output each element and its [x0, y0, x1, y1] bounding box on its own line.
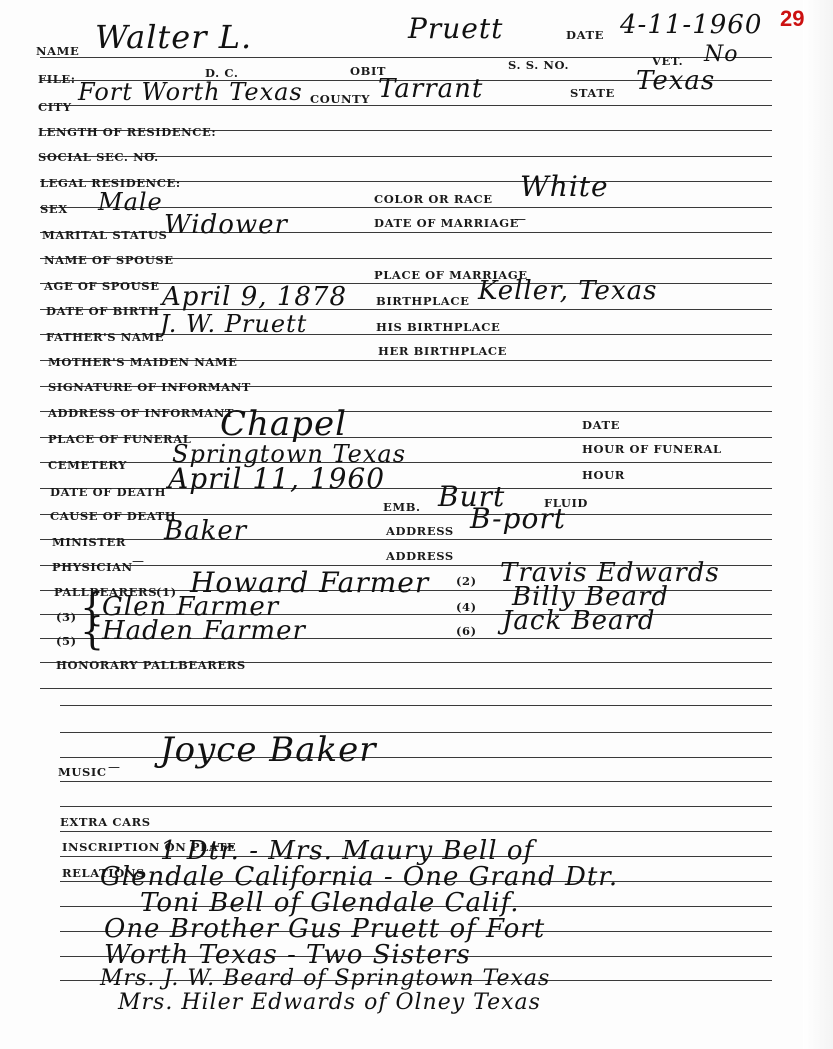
birthplace-value: Keller, Texas [478, 276, 657, 306]
physician-address-label: ADDRESS [386, 549, 454, 563]
county-label: COUNTY [310, 92, 370, 106]
date-of-marriage-value: — [514, 212, 526, 226]
physician-value: — [132, 554, 144, 568]
marital-status-label: MARITAL STATUS [42, 228, 167, 242]
signature-of-informant-label: SIGNATURE OF INFORMANT [48, 380, 251, 394]
minister-label: MINISTER [52, 535, 126, 549]
date-value: 4-11-1960 [620, 10, 762, 40]
minister-address-label: ADDRESS [386, 524, 454, 538]
pallbearer-4-number: (4) [456, 600, 477, 614]
cemetery-label: CEMETERY [48, 458, 127, 472]
address-of-informant-label: ADDRESS OF INFORMANT [48, 406, 234, 420]
pallbearer-5-value: Haden Farmer [102, 616, 306, 646]
social-sec-no-value: — [144, 146, 156, 160]
minister-address-value: B-port [470, 502, 566, 535]
music-dash: — [108, 760, 120, 774]
pallbearer-6-number: (6) [456, 624, 477, 638]
pallbearer-5-number: (5) [56, 634, 77, 648]
fathers-name-value: J. W. Pruett [160, 310, 307, 338]
minister-value: Baker [164, 516, 247, 546]
date-of-birth-label: DATE OF BIRTH [46, 304, 159, 318]
sex-label: SEX [40, 202, 68, 216]
mothers-maiden-name-label: MOTHER'S MAIDEN NAME [48, 355, 238, 369]
city-value: Fort Worth Texas [78, 78, 303, 106]
date-label: DATE [566, 28, 604, 42]
extra-cars-label: EXTRA CARS [60, 815, 151, 829]
hour-of-funeral-label: HOUR OF FUNERAL [582, 442, 722, 456]
first-name-value: Walter L. [95, 18, 252, 56]
his-birthplace-label: HIS BIRTHPLACE [376, 320, 500, 334]
state-value: Texas [636, 66, 715, 96]
date-of-marriage-label: DATE OF MARRIAGE [374, 216, 519, 230]
rule-line [60, 831, 772, 832]
relations-line-6: Mrs. J. W. Beard of Springtown Texas [100, 966, 550, 991]
brace-mark: { [80, 612, 104, 650]
place-of-funeral-label: PLACE OF FUNERAL [48, 432, 191, 446]
emb-label: EMB. [383, 500, 421, 514]
physician-label: PHYSICIAN [52, 560, 133, 574]
rule-line [40, 539, 772, 540]
funeral-record-card: 29 NAME Walter L. Pruett DATE 4-11-1960 … [0, 0, 833, 1049]
rule-line [40, 688, 772, 689]
state-label: STATE [570, 86, 615, 100]
funeral-date-label: DATE [582, 418, 620, 432]
county-value: Tarrant [378, 74, 483, 104]
her-birthplace-label: HER BIRTHPLACE [378, 344, 507, 358]
sex-value: Male [98, 188, 163, 216]
fathers-name-label: FATHER'S NAME [46, 330, 164, 344]
age-of-spouse-label: AGE OF SPOUSE [44, 279, 160, 293]
length-of-residence-label: LENGTH OF RESIDENCE: [38, 125, 216, 139]
rule-line [60, 806, 772, 807]
name-of-spouse-label: NAME OF SPOUSE [44, 253, 174, 267]
color-or-race-label: COLOR OR RACE [374, 192, 493, 206]
relations-line-7: Mrs. Hiler Edwards of Olney Texas [118, 990, 541, 1015]
birthplace-label: BIRTHPLACE [376, 294, 469, 308]
page-number: 29 [780, 6, 804, 32]
pallbearer-6-value: Jack Beard [502, 606, 656, 636]
name-label: NAME [36, 44, 79, 58]
pallbearer-2-number: (2) [456, 574, 477, 588]
last-name-value: Pruett [408, 12, 503, 45]
vet-value: No [704, 42, 739, 67]
date-of-death-label: DATE OF DEATH [50, 485, 166, 499]
music-label: MUSIC [58, 765, 107, 779]
date-of-birth-value: April 9, 1878 [162, 282, 347, 312]
pallbearer-3-number: (3) [56, 610, 77, 624]
rule-line [60, 781, 772, 782]
music-value: Joyce Baker [160, 730, 377, 770]
cause-of-death-label: CAUSE OF DEATH [50, 509, 176, 523]
marital-status-value: Widower [164, 210, 288, 240]
color-or-race-value: White [520, 170, 609, 203]
ss-no-label: S. S. NO. [508, 58, 569, 72]
rule-line [60, 705, 772, 706]
social-sec-no-label: SOCIAL SEC. NO. [38, 150, 159, 164]
hour-label: HOUR [582, 468, 625, 482]
page-edge-shadow [803, 0, 833, 1049]
city-label: CITY [38, 100, 72, 114]
place-of-funeral-value: Chapel [220, 404, 347, 444]
honorary-pallbearers-label: HONORARY PALLBEARERS [56, 658, 246, 672]
file-label: FILE: [38, 72, 76, 86]
date-of-death-value: April 11, 1960 [168, 462, 385, 495]
